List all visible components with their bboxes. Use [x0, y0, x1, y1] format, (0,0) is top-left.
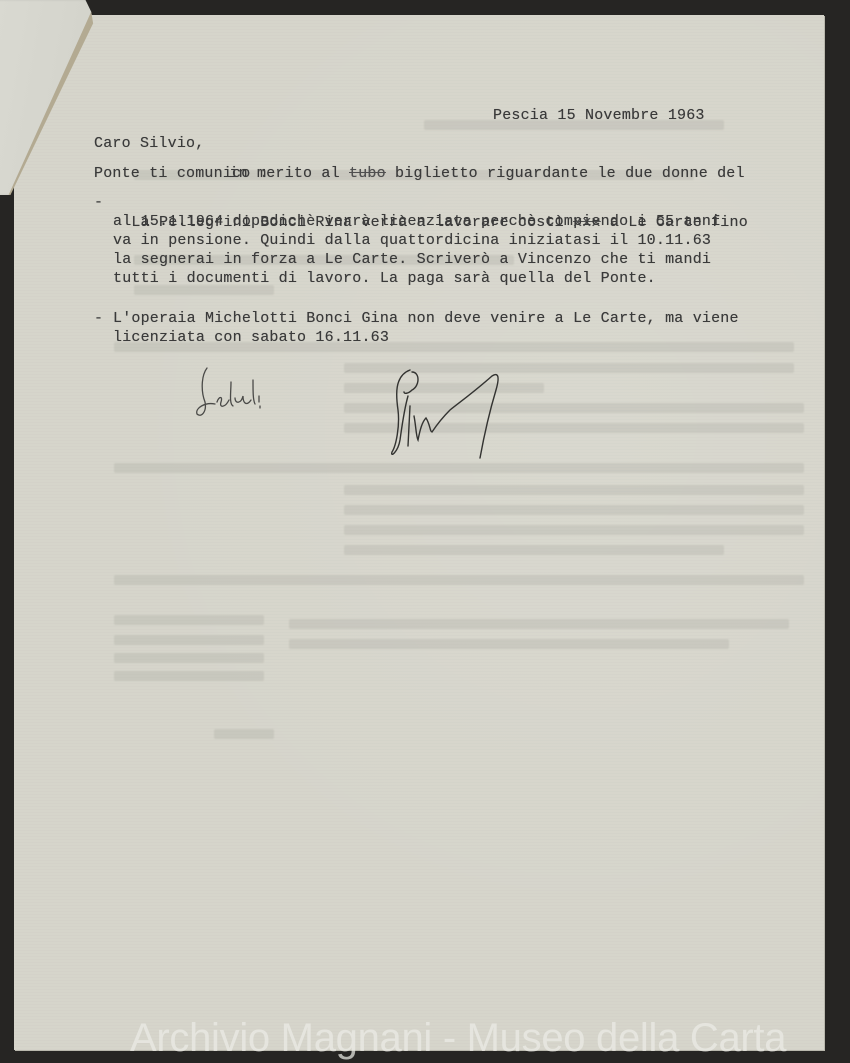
handwritten-saluti	[195, 362, 275, 424]
handwritten-signature	[390, 366, 505, 461]
paragraph-1-bullet: -	[94, 193, 103, 213]
paragraph-1-line-3: va in pensione. Quindi dalla quattordici…	[113, 231, 711, 251]
paragraph-2-line-1: L'operaia Michelotti Bonci Gina non deve…	[113, 309, 739, 329]
paragraph-2-bullet: -	[94, 309, 103, 329]
intro-line-1: in merito al tubo biglietto riguardante …	[211, 144, 745, 183]
intro-line-2: Ponte ti comunico :	[94, 164, 269, 184]
date-line: Pescia 15 Novembre 1963	[493, 106, 705, 126]
paragraph-1-line-2: al 15.1.1964 dopodichè verrà licenziata …	[113, 212, 720, 232]
paragraph-2-line-2: licenziata con sabato 16.11.63	[113, 328, 389, 348]
intro-text-b: biglietto riguardante le due donne del	[386, 165, 745, 182]
paragraph-1-line-4: la segnerai in forza a Le Carte. Scriver…	[113, 250, 711, 270]
archive-watermark: Archivio Magnani - Museo della Carta	[130, 1014, 786, 1062]
intro-struck-word: tubo	[349, 165, 386, 182]
paragraph-1-line-5: tutti i documenti di lavoro. La paga sar…	[113, 269, 656, 289]
salutation: Caro Silvio,	[94, 134, 204, 154]
